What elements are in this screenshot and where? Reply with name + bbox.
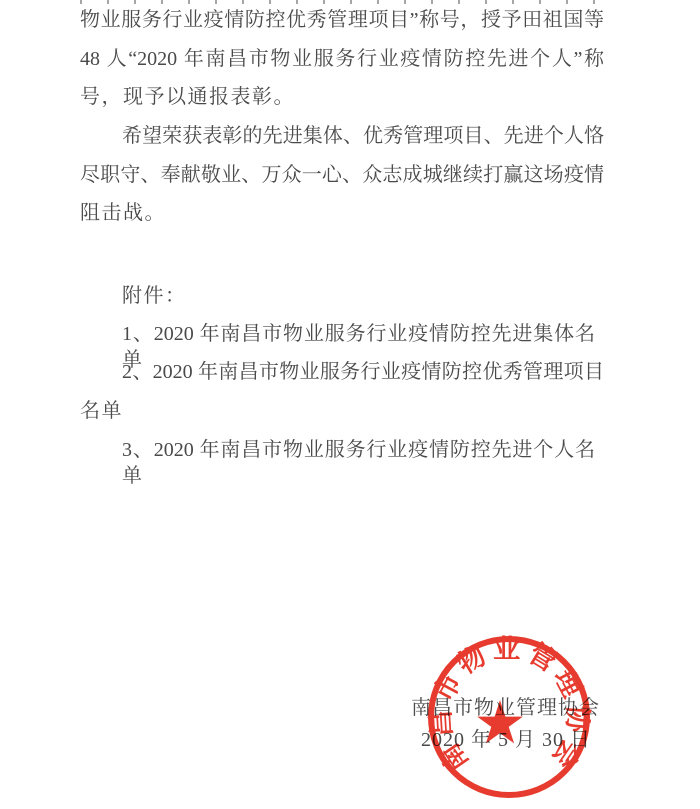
attachments-label: 附件： [122,283,187,309]
document-page: 物业服务行业疫情防控优秀管理项目”称号，授予田祖国等 48 人“2020 年南昌… [0,0,700,809]
body-line: 号，现予以通报表彰。 [80,84,295,110]
svg-text:南昌市物业管理协会: 南昌市物业管理协会 [425,634,593,777]
seal-arc-text: 南昌市物业管理协会 [425,634,593,777]
attachment-item-continuation: 名单 [80,398,123,424]
body-line: 物业服务行业疫情防控优秀管理项目”称号，授予田祖国等 [80,7,604,33]
attachment-item: 3、2020 年南昌市物业服务行业疫情防控先进个人名单 [122,437,595,489]
clipped-previous-line [80,0,604,4]
attachment-item: 2、2020 年南昌市物业服务行业疫情防控优秀管理项目 [122,359,604,385]
body-line: 希望荣获表彰的先进集体、优秀管理项目、先进个人恪 [122,123,604,149]
seal-star-icon [477,700,523,743]
body-line: 尽职守、奉献敬业、万众一心、众志成城继续打赢这场疫情 [80,162,604,188]
body-line: 48 人“2020 年南昌市物业服务行业疫情防控先进个人”称 [80,46,604,72]
official-seal: 南昌市物业管理协会 [419,627,599,807]
body-line: 阻击战。 [80,200,166,226]
